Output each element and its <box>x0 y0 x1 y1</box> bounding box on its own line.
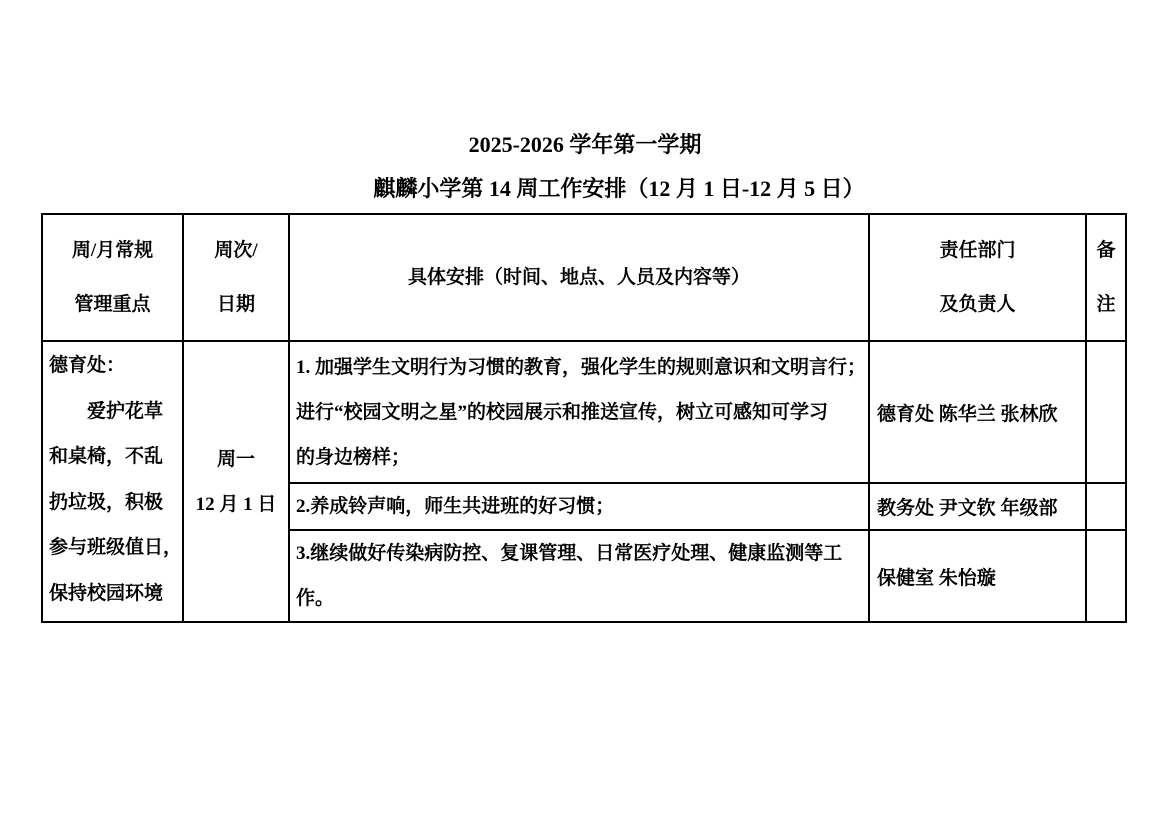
remark-cell <box>1086 530 1126 622</box>
semester-title: 2025-2026 学年第一学期 <box>0 132 1170 158</box>
week-date-cell: 周一 12 月 1 日 <box>183 341 289 622</box>
arrangement-cell: 2.养成铃声响，师生共进班的好习惯； <box>289 483 869 530</box>
header-arrangement: 具体安排（时间、地点、人员及内容等） <box>289 214 869 341</box>
routine-focus-cell: 德育处： 爱护花草 和桌椅，不乱 扔垃圾，积极 参与班级值日， 保持校园环境 <box>42 341 183 622</box>
department-cell: 保健室 朱怡璇 <box>869 530 1086 622</box>
department-cell: 德育处 陈华兰 张林欣 <box>869 341 1086 483</box>
document-page: 2025-2026 学年第一学期 麒麟小学第 14 周工作安排（12 月 1 日… <box>0 0 1170 827</box>
table-header-row: 周/月常规 管理重点 周次/ 日期 具体安排（时间、地点、人员及内容等） 责任部… <box>42 214 1126 341</box>
header-week-date: 周次/ 日期 <box>183 214 289 341</box>
table-row: 德育处： 爱护花草 和桌椅，不乱 扔垃圾，积极 参与班级值日， 保持校园环境 周… <box>42 341 1126 483</box>
remark-cell <box>1086 341 1126 483</box>
work-schedule-table: 周/月常规 管理重点 周次/ 日期 具体安排（时间、地点、人员及内容等） 责任部… <box>41 213 1127 623</box>
arrangement-cell: 3.继续做好传染病防控、复课管理、日常医疗处理、健康监测等工 作。 <box>289 530 869 622</box>
remark-cell <box>1086 483 1126 530</box>
arrangement-cell: 1. 加强学生文明行为习惯的教育，强化学生的规则意识和文明言行； 进行“校园文明… <box>289 341 869 483</box>
week-title: 麒麟小学第 14 周工作安排（12 月 1 日-12 月 5 日） <box>34 176 1170 202</box>
header-department: 责任部门 及负责人 <box>869 214 1086 341</box>
department-cell: 教务处 尹文钦 年级部 <box>869 483 1086 530</box>
header-routine-focus: 周/月常规 管理重点 <box>42 214 183 341</box>
header-remarks: 备 注 <box>1086 214 1126 341</box>
